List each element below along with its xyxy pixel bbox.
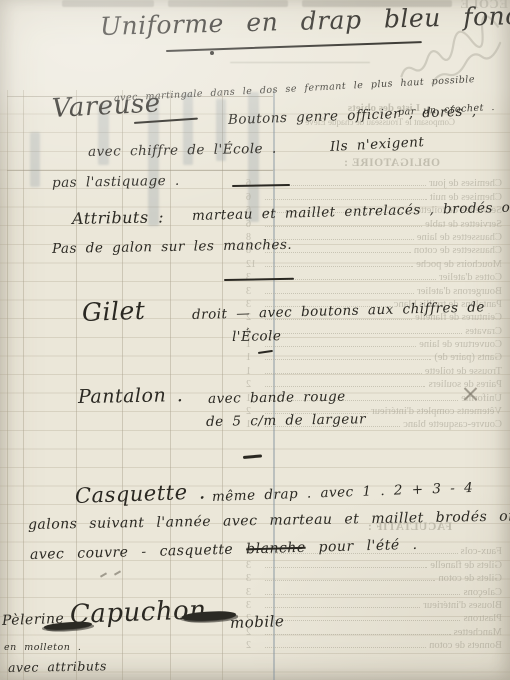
bleed-item-label: Manchettes <box>454 627 502 638</box>
bleed-item-qty: 1 <box>246 352 262 363</box>
bleed-list-row: Mouchoirs de poche 12 <box>246 256 502 269</box>
bleed-list-row: Chemises de jour 6 <box>246 176 502 189</box>
bleed-item-qty: 3 <box>246 600 262 611</box>
bleed-list-row: Bonnets de coton 2 <box>246 638 502 651</box>
bleed-dotted-leader <box>265 333 462 334</box>
bleed-dotted-leader <box>265 620 460 621</box>
bleed-item-label: Chaussettes de laine <box>417 232 502 243</box>
bleed-top-header-bar <box>168 0 288 7</box>
casquette-word-blanche-struck: blanche <box>246 540 306 558</box>
bleed-item-label: Plastrons <box>463 613 502 624</box>
bleed-item-qty: 3 <box>246 286 262 297</box>
bleed-dotted-leader <box>265 226 422 227</box>
bleed-item-qty: 1 <box>246 366 262 377</box>
bleed-item-label: Trousse de toilette <box>425 366 502 377</box>
bleed-item-qty: 3 <box>246 573 262 584</box>
bleed-item-qty: 12 <box>246 259 262 270</box>
gilet-line-ecole: l'École <box>232 328 282 345</box>
bleed-facultatif-list: Faux-cols 6 Gilets de flanelle 3 Gilets … <box>246 544 502 651</box>
bleed-dotted-leader <box>265 359 431 360</box>
bleed-list-row: Couverture de laine 1 <box>246 337 502 350</box>
bleed-rule-under-title <box>230 62 370 63</box>
bleed-item-label: Cottes d'atelier <box>439 272 502 283</box>
bleed-top-header-bar <box>62 0 154 7</box>
pencil-x-mark <box>462 385 479 402</box>
bleed-dotted-leader <box>265 185 426 186</box>
bleed-item-label: Vêtements complets d'intérieur <box>371 406 502 417</box>
bleed-dotted-leader <box>265 199 427 200</box>
bleed-dotted-leader <box>265 373 422 374</box>
bleed-item-qty: 6 <box>246 192 262 203</box>
bleed-dotted-leader <box>265 346 416 347</box>
capuchon-suffix-mobile: mobile <box>230 612 285 632</box>
pelerine-note-molleton: en molleton . <box>4 642 81 653</box>
bleed-item-qty: 2 <box>246 379 262 390</box>
bleed-item-label: Blouses d'intérieur <box>423 600 502 611</box>
bleed-item-qty: 2 <box>246 640 262 651</box>
bleed-list-row: Gilets de coton 3 <box>246 571 502 584</box>
gilet-heading: Gilet <box>81 296 145 327</box>
bleed-dotted-leader <box>265 580 435 581</box>
bleed-item-label: Couverture de laine <box>419 339 502 350</box>
pelerine-note-attributs: avec attributs <box>8 658 107 675</box>
bleed-list-row: Gilets de flanelle 3 <box>246 557 502 570</box>
casquette-heading: Casquette . <box>75 479 207 508</box>
bleed-list-row: Bourgerons d'atelier 3 <box>246 283 502 296</box>
bleed-dotted-leader <box>265 607 420 608</box>
bleed-dotted-leader <box>265 647 426 648</box>
bleed-dotted-leader <box>265 386 426 387</box>
manuscript-page: ÉCOLE Liste des objets Composant le Trou… <box>0 0 510 680</box>
bleed-list-row: Caleçons 3 <box>246 584 502 597</box>
vareuse-line-chiffre: avec chiffre de l'École . <box>88 141 277 160</box>
vareuse-line-astiquage: pas l'astiquage . <box>52 173 180 191</box>
casquette-line-couvre-c: pour l'été . <box>318 537 417 556</box>
title-underline-dot <box>210 51 214 55</box>
bleed-item-label: Gants (paire de) <box>434 352 502 363</box>
bleed-dotted-leader <box>265 634 451 635</box>
bleed-item-label: Caleçons <box>464 587 503 598</box>
bleed-list-row: Cravates 4 <box>246 323 502 336</box>
bleed-item-label: Gilets de flanelle <box>430 560 502 571</box>
pantalon-line-bande: avec bande rouge <box>208 389 346 407</box>
bleed-list-row: Trousse de toilette 1 <box>246 363 502 376</box>
bleed-list-row: Plastrons 2 <box>246 611 502 624</box>
bleed-item-label: Mouchoirs de poche <box>416 259 502 270</box>
bleed-item-label: Cravates <box>465 326 502 337</box>
bleed-list-row: Cottes d'atelier 3 <box>246 270 502 283</box>
bleed-dotted-leader <box>265 594 461 595</box>
bleed-item-label: Couvre-casquette blanc <box>403 419 502 430</box>
bleed-dotted-leader <box>265 266 413 267</box>
bleed-item-qty: 3 <box>246 587 262 598</box>
bleed-item-label: Chaussettes de coton <box>414 245 502 256</box>
bleed-item-label: Bourgerons d'atelier <box>417 286 502 297</box>
bleed-dotted-leader <box>265 567 427 568</box>
bleed-item-label: Chemises de jour <box>429 178 502 189</box>
bleed-list-row: Gants (paire de) 1 <box>246 350 502 363</box>
bleed-obligatoire-header: OBLIGATOIRE : <box>343 157 440 169</box>
bleed-item-label: Faux-cols <box>461 546 502 557</box>
bleed-dotted-leader <box>265 293 414 294</box>
pantalon-line-largeur: de 5 c/m de largeur <box>206 411 366 430</box>
bleed-list-row: Blouses d'intérieur 3 <box>246 598 502 611</box>
bleed-item-label: Gilets de coton <box>438 573 502 584</box>
pantalon-heading: Pantalon . <box>78 384 184 408</box>
bleed-item-label: Serviettes de table <box>425 219 502 230</box>
bleed-item-qty: 3 <box>246 560 262 571</box>
bleed-item-label: Bonnets de coton <box>429 640 502 651</box>
attributs-heading: Attributs : <box>72 207 164 228</box>
